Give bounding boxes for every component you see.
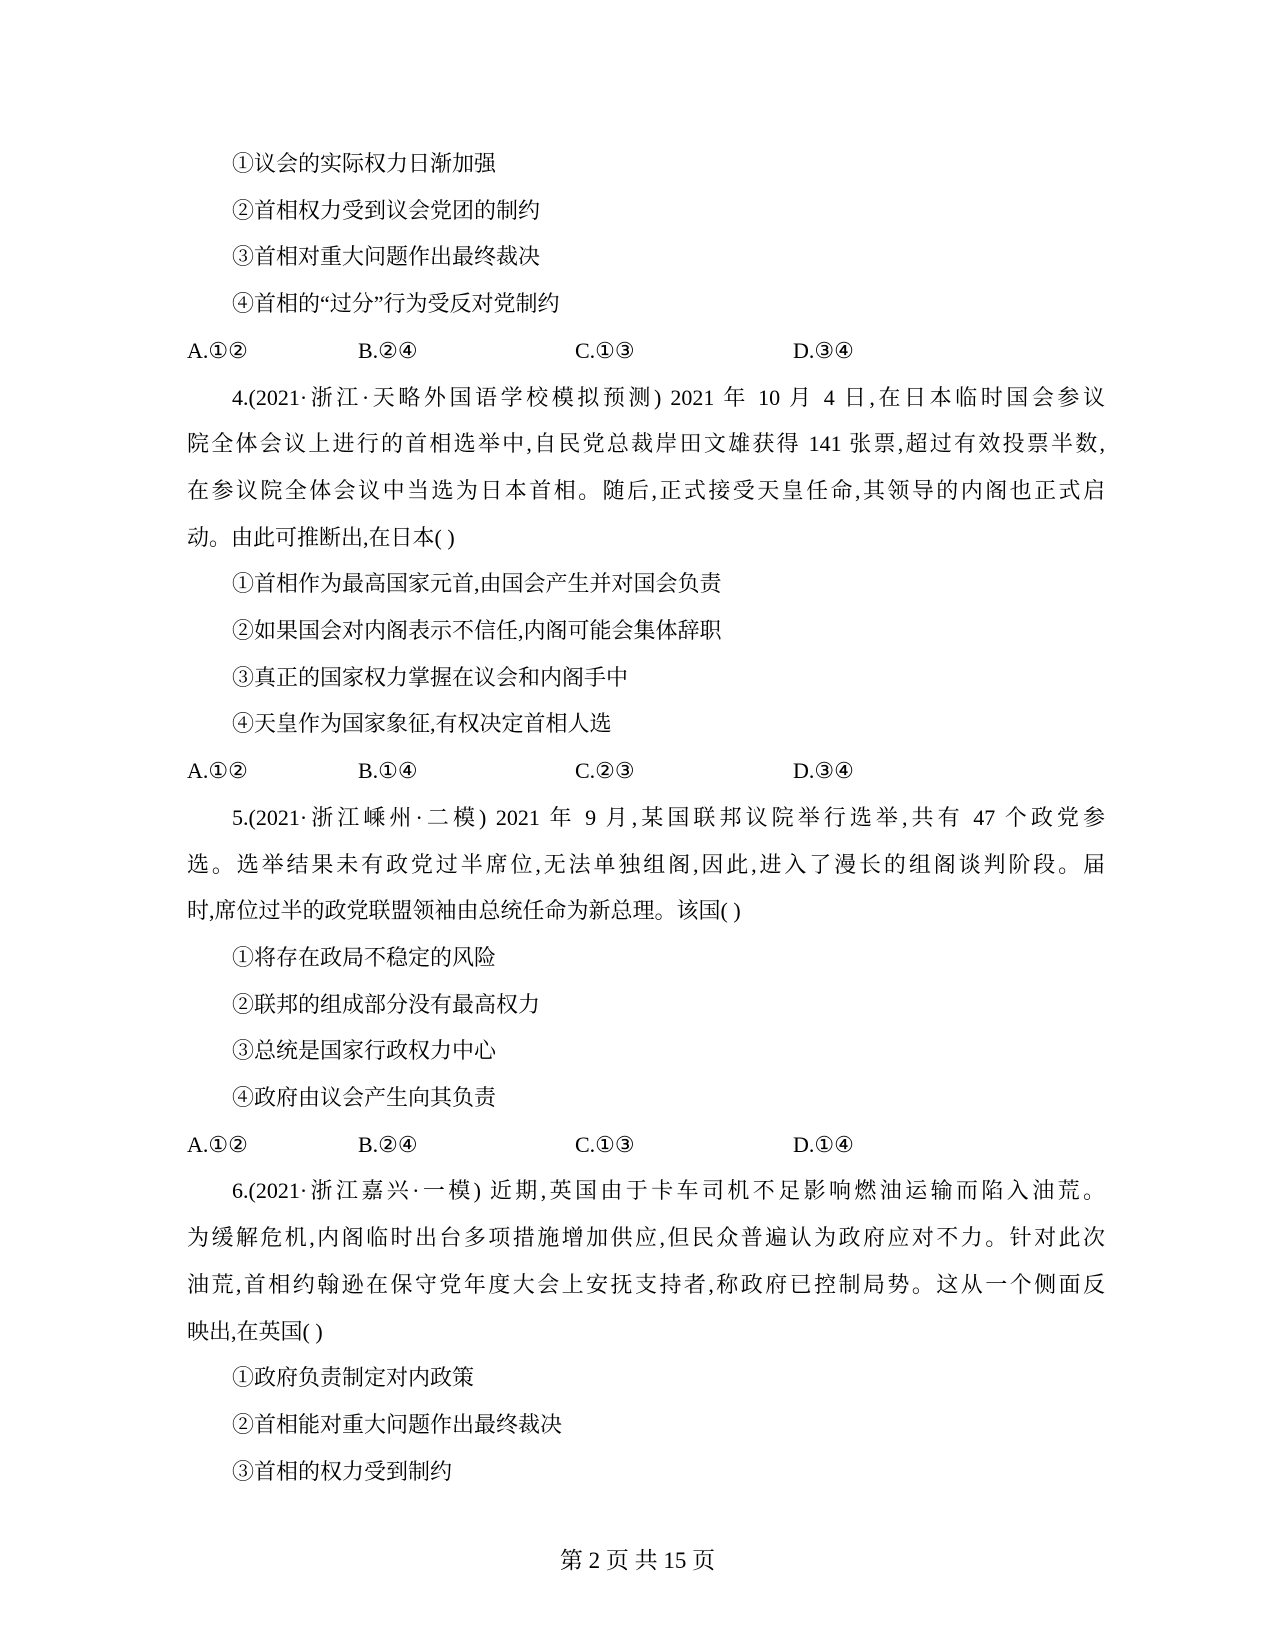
- question-4-option-2: ②如果国会对内阁表示不信任,内阁可能会集体辞职: [187, 608, 1105, 655]
- question-3-choice-a: A.①②: [187, 328, 358, 375]
- question-4-stem-line-4: 动。由此可推断出,在日本( ): [187, 515, 1105, 562]
- question-5-option-2: ②联邦的组成部分没有最高权力: [187, 982, 1105, 1029]
- question-5-option-4: ④政府由议会产生向其负责: [187, 1075, 1105, 1122]
- question-5-answer-row: A.①②B.②④C.①③D.①④: [187, 1122, 1105, 1169]
- question-4-stem-line-1: 4.(2021·浙江·天略外国语学校模拟预测) 2021 年 10 月 4 日,…: [187, 375, 1105, 422]
- page-number: 第 2 页 共 15 页: [560, 1548, 715, 1573]
- question-3-choice-c: C.①③: [575, 328, 793, 375]
- question-4-stem-line-2: 院全体会议上进行的首相选举中,自民党总裁岸田文雄获得 141 张票,超过有效投票…: [187, 421, 1105, 468]
- question-4-choice-b: B.①④: [358, 748, 575, 795]
- question-5-stem-line-1: 5.(2021·浙江嵊州·二模) 2021 年 9 月,某国联邦议院举行选举,共…: [187, 795, 1105, 842]
- question-5-option-1: ①将存在政局不稳定的风险: [187, 935, 1105, 982]
- question-4-option-1: ①首相作为最高国家元首,由国会产生并对国会负责: [187, 561, 1105, 608]
- question-6-stem-line-2: 为缓解危机,内阁临时出台多项措施增加供应,但民众普遍认为政府应对不力。针对此次: [187, 1215, 1105, 1262]
- question-6-block: 6.(2021·浙江嘉兴·一模) 近期,英国由于卡车司机不足影响燃油运输而陷入油…: [187, 1168, 1105, 1495]
- question-4-choice-d: D.③④: [793, 748, 854, 795]
- question-5-stem-line-2: 选。选举结果未有政党过半席位,无法单独组阁,因此,进入了漫长的组阁谈判阶段。届: [187, 842, 1105, 889]
- page-footer: 第 2 页 共 15 页: [0, 1541, 1275, 1581]
- question-5-choice-a: A.①②: [187, 1122, 358, 1169]
- question-3-option-2: ②首相权力受到议会党团的制约: [187, 188, 1105, 235]
- question-5-block: 5.(2021·浙江嵊州·二模) 2021 年 9 月,某国联邦议院举行选举,共…: [187, 795, 1105, 1169]
- question-6-option-2: ②首相能对重大问题作出最终裁决: [187, 1402, 1105, 1449]
- question-5-choice-b: B.②④: [358, 1122, 575, 1169]
- question-6-stem-line-1: 6.(2021·浙江嘉兴·一模) 近期,英国由于卡车司机不足影响燃油运输而陷入油…: [187, 1168, 1105, 1215]
- exam-page: ①议会的实际权力日渐加强 ②首相权力受到议会党团的制约 ③首相对重大问题作出最终…: [0, 0, 1275, 1650]
- question-3-option-4: ④首相的“过分”行为受反对党制约: [187, 281, 1105, 328]
- question-3-option-1: ①议会的实际权力日渐加强: [187, 141, 1105, 188]
- question-3-option-3: ③首相对重大问题作出最终裁决: [187, 234, 1105, 281]
- question-5-stem-line-3: 时,席位过半的政党联盟领袖由总统任命为新总理。该国( ): [187, 888, 1105, 935]
- question-4-option-3: ③真正的国家权力掌握在议会和内阁手中: [187, 655, 1105, 702]
- question-6-option-3: ③首相的权力受到制约: [187, 1449, 1105, 1496]
- question-3-choice-b: B.②④: [358, 328, 575, 375]
- question-4-stem-line-3: 在参议院全体会议中当选为日本首相。随后,正式接受天皇任命,其领导的内阁也正式启: [187, 468, 1105, 515]
- question-5-choice-d: D.①④: [793, 1122, 854, 1169]
- question-3-answer-row: A.①②B.②④C.①③D.③④: [187, 328, 1105, 375]
- question-6-stem-line-4: 映出,在英国( ): [187, 1309, 1105, 1356]
- question-4-option-4: ④天皇作为国家象征,有权决定首相人选: [187, 701, 1105, 748]
- question-4-choice-a: A.①②: [187, 748, 358, 795]
- question-3-choice-d: D.③④: [793, 328, 854, 375]
- question-6-option-1: ①政府负责制定对内政策: [187, 1355, 1105, 1402]
- page-content: ①议会的实际权力日渐加强 ②首相权力受到议会党团的制约 ③首相对重大问题作出最终…: [187, 141, 1105, 1495]
- question-4-block: 4.(2021·浙江·天略外国语学校模拟预测) 2021 年 10 月 4 日,…: [187, 375, 1105, 795]
- question-6-stem-line-3: 油荒,首相约翰逊在保守党年度大会上安抚支持者,称政府已控制局势。这从一个侧面反: [187, 1262, 1105, 1309]
- question-4-answer-row: A.①②B.①④C.②③D.③④: [187, 748, 1105, 795]
- question-4-choice-c: C.②③: [575, 748, 793, 795]
- question-5-choice-c: C.①③: [575, 1122, 793, 1169]
- question-3-block: ①议会的实际权力日渐加强 ②首相权力受到议会党团的制约 ③首相对重大问题作出最终…: [187, 141, 1105, 375]
- question-5-option-3: ③总统是国家行政权力中心: [187, 1028, 1105, 1075]
